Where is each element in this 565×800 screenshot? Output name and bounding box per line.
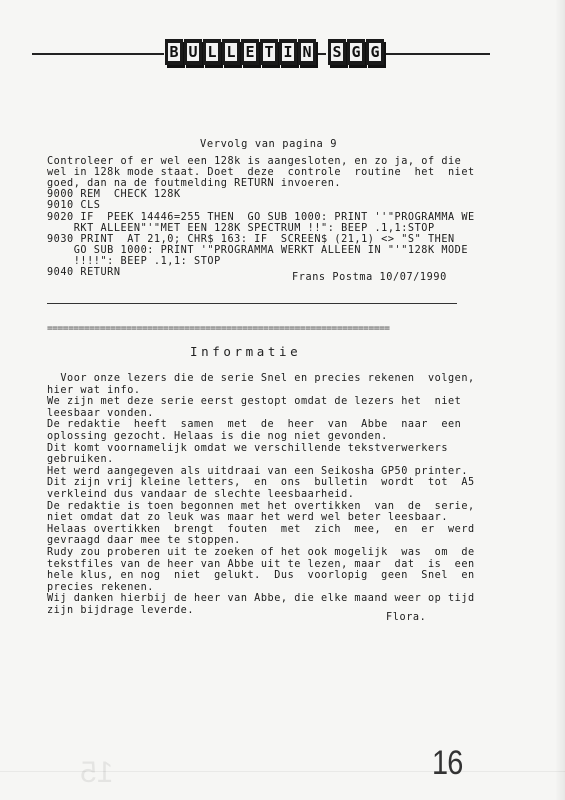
text-line: niet omdat dat zo leuk was maar het werd…: [47, 512, 448, 524]
text-line: Dit komt voornamelijk omdat we verschill…: [47, 443, 448, 455]
text-line: gebruiken.: [47, 454, 114, 466]
logo-letter: G: [350, 43, 362, 61]
continued-from-heading: Vervolg van pagina 9: [200, 138, 337, 150]
horizontal-rule: [47, 303, 457, 304]
article1-signature: Frans Postma 10/07/1990: [292, 272, 447, 283]
logo-letter: S: [331, 43, 343, 61]
text-line: precies rekenen.: [47, 582, 154, 594]
page-number: 16: [432, 744, 462, 783]
separator-line: ========================================…: [47, 323, 390, 334]
text-line: Helaas overtikken brengt fouten met zich…: [47, 524, 475, 536]
logo-letter: L: [206, 43, 218, 61]
page-edge-shadow: [555, 0, 565, 800]
logo-connector: [318, 53, 326, 55]
logo-letter-tile: T: [260, 39, 278, 65]
bleed-through-page-number: 15: [80, 756, 113, 790]
logo-letter-tile: U: [184, 39, 202, 65]
logo-letter-tile: G: [347, 39, 365, 65]
text-line: Voor onze lezers die de serie Snel en pr…: [47, 373, 475, 385]
text-line: We zijn met deze serie eerst gestopt omd…: [47, 396, 461, 408]
text-line: hier wat info.: [47, 385, 141, 397]
logo-letter-tile: L: [203, 39, 221, 65]
text-line: Wij danken hierbij de heer van Abbe, die…: [47, 593, 475, 605]
logo-letter-tile: S: [328, 39, 346, 65]
text-line: leesbaar vonden.: [47, 408, 154, 420]
logo-letter: G: [369, 43, 381, 61]
bulletin-header: BULLETINSGG: [30, 36, 530, 72]
logo-letter-tile: I: [279, 39, 297, 65]
text-line: gevraagd daar mee te stoppen.: [47, 535, 241, 547]
text-line: De redaktie is toen begonnen met het ove…: [47, 501, 475, 513]
logo-letter-tile: B: [165, 39, 183, 65]
logo-word: BULLETIN: [165, 39, 316, 69]
logo-letter: I: [282, 43, 294, 61]
text-line: Rudy zou proberen uit te zoeken of het o…: [47, 547, 475, 559]
logo-letter-tile: E: [241, 39, 259, 65]
header-rule-left: [32, 53, 164, 55]
text-line: De redaktie heeft samen met de heer van …: [47, 419, 461, 431]
logo-letter: E: [244, 43, 256, 61]
logo-letter: B: [168, 43, 180, 61]
text-line: Dit zijn vrij kleine letters, en ons bul…: [47, 477, 475, 489]
logo-letter-tile: L: [222, 39, 240, 65]
text-line: oplossing gezocht. Helaas is die nog nie…: [47, 431, 388, 443]
logo-letter: U: [187, 43, 199, 61]
logo-letter-tile: N: [298, 39, 316, 65]
informatie-heading: Informatie: [190, 344, 301, 359]
text-line: hele klus, en nog niet gelukt. Dus voorl…: [47, 570, 475, 582]
text-line: 9040 RETURN: [47, 267, 121, 279]
logo-word: SGG: [328, 39, 384, 69]
logo-letter: T: [263, 43, 275, 61]
text-line: verkleind dus vandaar de slechte leesbaa…: [47, 489, 354, 501]
logo-letter-tile: G: [366, 39, 384, 65]
text-line: Het werd aangegeven als uitdraai van een…: [47, 466, 468, 478]
logo-letter: N: [301, 43, 313, 61]
article2-signature: Flora.: [386, 612, 426, 623]
logo-letter: L: [225, 43, 237, 61]
bulletin-sgg-logo: BULLETINSGG: [165, 39, 384, 69]
text-line: zijn bijdrage leverde.: [47, 605, 194, 617]
text-line: tekstfiles van de heer van Abbe uit te l…: [47, 559, 475, 571]
